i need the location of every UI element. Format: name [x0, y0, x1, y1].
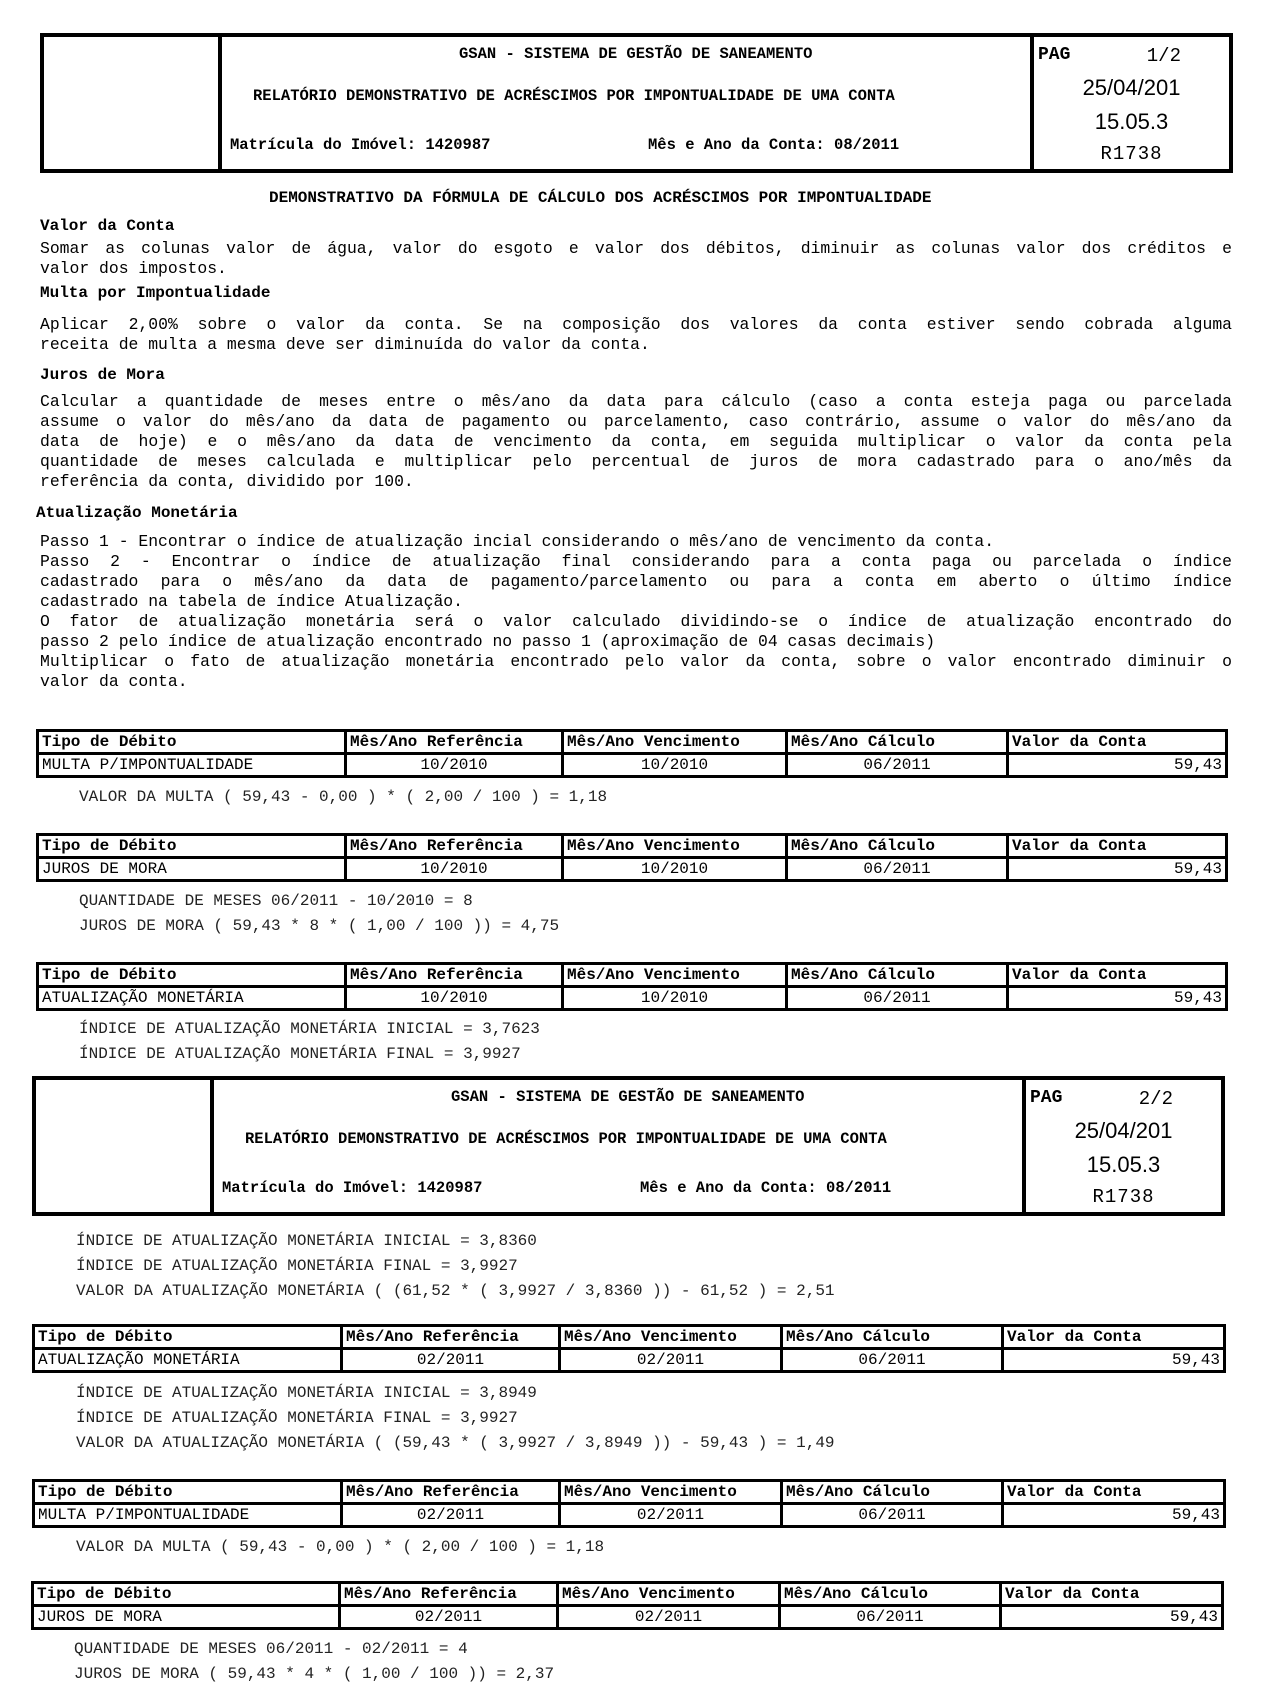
text-line: cadastrado para o mês/ano da data de pag… — [40, 572, 1232, 592]
table-cell: 02/2011 — [558, 1606, 780, 1629]
column-header: Mês/Ano Cálculo — [787, 964, 1008, 987]
text-line: referência da conta, dividido por 100. — [40, 472, 1232, 492]
table-cell: 10/2010 — [346, 754, 563, 777]
table-cell: 59,43 — [1008, 754, 1227, 777]
table-cell: ATUALIZAÇÃO MONETÁRIA — [38, 987, 346, 1010]
text-line: O fator de atualização monetária será o … — [40, 612, 1232, 632]
table-cell: 06/2011 — [782, 1349, 1003, 1372]
table-cell: JUROS DE MORA — [33, 1606, 340, 1629]
column-header: Mês/Ano Vencimento — [560, 1326, 782, 1349]
report-version: 15.05.3 — [1034, 109, 1229, 135]
table-row: MULTA P/IMPONTUALIDADE10/201010/201006/2… — [38, 754, 1227, 777]
section-text-multa: Aplicar 2,00% sobre o valor da conta. Se… — [40, 315, 1232, 355]
page-number: 2/2 — [1139, 1088, 1173, 1110]
calculation-line: ÍNDICE DE ATUALIZAÇÃO MONETÁRIA FINAL = … — [76, 1257, 518, 1275]
column-header: Mês/Ano Vencimento — [563, 964, 787, 987]
column-header: Mês/Ano Cálculo — [782, 1481, 1003, 1504]
table-cell: ATUALIZAÇÃO MONETÁRIA — [34, 1349, 342, 1372]
column-header: Valor da Conta — [1003, 1481, 1225, 1504]
system-name: GSAN - SISTEMA DE GESTÃO DE SANEAMENTO — [459, 45, 812, 63]
text-line: assume o valor do mês/ano da data de pag… — [40, 412, 1232, 432]
text-line: cadastrado na tabela de índice Atualizaç… — [40, 592, 1232, 612]
table-cell: 02/2011 — [560, 1349, 782, 1372]
section-title-juros: Juros de Mora — [40, 366, 165, 384]
table-header-row: Tipo de DébitoMês/Ano ReferênciaMês/Ano … — [34, 1481, 1225, 1504]
page-header-2: GSAN - SISTEMA DE GESTÃO DE SANEAMENTO R… — [32, 1076, 1225, 1216]
table-cell: 10/2010 — [346, 858, 563, 881]
text-line: Aplicar 2,00% sobre o valor da conta. Se… — [40, 315, 1232, 335]
column-header: Mês/Ano Cálculo — [780, 1583, 1001, 1606]
debit-table: Tipo de DébitoMês/Ano ReferênciaMês/Ano … — [36, 962, 1228, 1011]
column-header: Tipo de Débito — [33, 1583, 340, 1606]
column-header: Mês/Ano Referência — [340, 1583, 558, 1606]
table-cell: 10/2010 — [563, 754, 787, 777]
column-header: Mês/Ano Referência — [346, 964, 563, 987]
debit-table: Tipo de DébitoMês/Ano ReferênciaMês/Ano … — [31, 1581, 1224, 1630]
report-code: R1738 — [1026, 1186, 1221, 1208]
calculation-line: JUROS DE MORA ( 59,43 * 8 * ( 1,00 / 100… — [79, 917, 559, 935]
table-row: ATUALIZAÇÃO MONETÁRIA10/201010/201006/20… — [38, 987, 1227, 1010]
column-header: Mês/Ano Cálculo — [782, 1326, 1003, 1349]
column-header: Mês/Ano Cálculo — [787, 731, 1008, 754]
table-cell: 06/2011 — [787, 987, 1008, 1010]
text-line: valor da conta. — [40, 672, 1232, 692]
column-header: Tipo de Débito — [34, 1326, 342, 1349]
matricula-label: Matrícula do Imóvel: 1420987 — [222, 1179, 482, 1197]
column-header: Valor da Conta — [1008, 731, 1227, 754]
column-header: Mês/Ano Vencimento — [563, 835, 787, 858]
text-line: valor dos impostos. — [40, 259, 1232, 279]
column-header: Valor da Conta — [1008, 964, 1227, 987]
text-line: data de hoje) e o mês/ano da data de ven… — [40, 432, 1232, 452]
system-name: GSAN - SISTEMA DE GESTÃO DE SANEAMENTO — [451, 1088, 804, 1106]
table-cell: 02/2011 — [342, 1504, 560, 1527]
page-info-box: PAG 2/2 25/04/201 15.05.3 R1738 — [1022, 1080, 1221, 1212]
calculation-line: QUANTIDADE DE MESES 06/2011 - 02/2011 = … — [74, 1640, 468, 1658]
text-line: Passo 2 - Encontrar o índice de atualiza… — [40, 552, 1232, 572]
report-version: 15.05.3 — [1026, 1152, 1221, 1178]
section-text-valor-conta: Somar as colunas valor de água, valor do… — [40, 239, 1232, 279]
matricula-label: Matrícula do Imóvel: 1420987 — [230, 136, 490, 154]
report-title: RELATÓRIO DEMONSTRATIVO DE ACRÉSCIMOS PO… — [253, 87, 895, 105]
report-date: 25/04/201 — [1026, 1118, 1221, 1144]
column-header: Tipo de Débito — [34, 1481, 342, 1504]
table-cell: 06/2011 — [787, 754, 1008, 777]
column-header: Mês/Ano Vencimento — [558, 1583, 780, 1606]
table-header-row: Tipo de DébitoMês/Ano ReferênciaMês/Ano … — [38, 835, 1227, 858]
table-cell: 59,43 — [1003, 1349, 1225, 1372]
column-header: Mês/Ano Vencimento — [560, 1481, 782, 1504]
table-cell: 06/2011 — [787, 858, 1008, 881]
calculation-line: VALOR DA MULTA ( 59,43 - 0,00 ) * ( 2,00… — [76, 1538, 604, 1556]
column-header: Tipo de Débito — [38, 835, 346, 858]
table-cell: 10/2010 — [563, 858, 787, 881]
calculation-line: ÍNDICE DE ATUALIZAÇÃO MONETÁRIA FINAL = … — [79, 1045, 521, 1063]
logo-area — [44, 37, 222, 169]
column-header: Tipo de Débito — [38, 964, 346, 987]
report-code: R1738 — [1034, 143, 1229, 165]
calculation-line: JUROS DE MORA ( 59,43 * 4 * ( 1,00 / 100… — [74, 1665, 554, 1683]
table-header-row: Tipo de DébitoMês/Ano ReferênciaMês/Ano … — [38, 731, 1227, 754]
column-header: Mês/Ano Vencimento — [563, 731, 787, 754]
column-header: Valor da Conta — [1008, 835, 1227, 858]
calculation-line: VALOR DA MULTA ( 59,43 - 0,00 ) * ( 2,00… — [79, 788, 607, 806]
table-cell: 02/2011 — [560, 1504, 782, 1527]
debit-table: Tipo de DébitoMês/Ano ReferênciaMês/Ano … — [36, 729, 1228, 778]
report-title: RELATÓRIO DEMONSTRATIVO DE ACRÉSCIMOS PO… — [245, 1130, 887, 1148]
text-line: Somar as colunas valor de água, valor do… — [40, 239, 1232, 259]
section-text-juros: Calcular a quantidade de meses entre o m… — [40, 392, 1232, 492]
table-cell: MULTA P/IMPONTUALIDADE — [34, 1504, 342, 1527]
calculation-line: VALOR DA ATUALIZAÇÃO MONETÁRIA ( (59,43 … — [76, 1434, 835, 1452]
table-cell: JUROS DE MORA — [38, 858, 346, 881]
text-line: Multiplicar o fato de atualização monetá… — [40, 652, 1232, 672]
table-row: ATUALIZAÇÃO MONETÁRIA02/201102/201106/20… — [34, 1349, 1225, 1372]
table-header-row: Tipo de DébitoMês/Ano ReferênciaMês/Ano … — [38, 964, 1227, 987]
column-header: Mês/Ano Referência — [346, 731, 563, 754]
text-line: receita de multa a mesma deve ser diminu… — [40, 335, 1232, 355]
column-header: Mês/Ano Referência — [346, 835, 563, 858]
calculation-line: ÍNDICE DE ATUALIZAÇÃO MONETÁRIA INICIAL … — [76, 1232, 537, 1250]
debit-table: Tipo de DébitoMês/Ano ReferênciaMês/Ano … — [36, 833, 1228, 882]
text-line: Calcular a quantidade de meses entre o m… — [40, 392, 1232, 412]
table-cell: 59,43 — [1008, 858, 1227, 881]
table-cell: MULTA P/IMPONTUALIDADE — [38, 754, 346, 777]
column-header: Mês/Ano Referência — [342, 1481, 560, 1504]
table-row: MULTA P/IMPONTUALIDADE02/201102/201106/2… — [34, 1504, 1225, 1527]
table-row: JUROS DE MORA02/201102/201106/201159,43 — [33, 1606, 1223, 1629]
mes-ano-conta-label: Mês e Ano da Conta: 08/2011 — [648, 136, 899, 154]
table-cell: 10/2010 — [563, 987, 787, 1010]
page-number: 1/2 — [1147, 45, 1181, 67]
text-line: passo 2 pelo índice de atualização encon… — [40, 632, 1232, 652]
column-header: Valor da Conta — [1001, 1583, 1223, 1606]
report-date: 25/04/201 — [1034, 75, 1229, 101]
section-title-valor-conta: Valor da Conta — [40, 217, 174, 235]
table-row: JUROS DE MORA10/201010/201006/201159,43 — [38, 858, 1227, 881]
calculation-line: ÍNDICE DE ATUALIZAÇÃO MONETÁRIA INICIAL … — [76, 1384, 537, 1402]
section-title-atualizacao: Atualização Monetária — [36, 504, 238, 522]
text-line: Passo 1 - Encontrar o índice de atualiza… — [40, 532, 1232, 552]
column-header: Mês/Ano Referência — [342, 1326, 560, 1349]
table-cell: 10/2010 — [346, 987, 563, 1010]
calculation-line: QUANTIDADE DE MESES 06/2011 - 10/2010 = … — [79, 892, 473, 910]
column-header: Tipo de Débito — [38, 731, 346, 754]
section-text-atualizacao: Passo 1 - Encontrar o índice de atualiza… — [40, 532, 1232, 692]
calculation-line: ÍNDICE DE ATUALIZAÇÃO MONETÁRIA INICIAL … — [79, 1020, 540, 1038]
debit-table: Tipo de DébitoMês/Ano ReferênciaMês/Ano … — [32, 1479, 1226, 1528]
table-cell: 06/2011 — [782, 1504, 1003, 1527]
column-header: Mês/Ano Cálculo — [787, 835, 1008, 858]
table-cell: 02/2011 — [340, 1606, 558, 1629]
table-cell: 59,43 — [1008, 987, 1227, 1010]
column-header: Valor da Conta — [1003, 1326, 1225, 1349]
page-header-1: GSAN - SISTEMA DE GESTÃO DE SANEAMENTO R… — [40, 33, 1233, 173]
mes-ano-conta-label: Mês e Ano da Conta: 08/2011 — [640, 1179, 891, 1197]
debit-table: Tipo de DébitoMês/Ano ReferênciaMês/Ano … — [32, 1324, 1226, 1373]
logo-area — [36, 1080, 214, 1212]
pag-label: PAG — [1038, 45, 1070, 65]
calculation-line: VALOR DA ATUALIZAÇÃO MONETÁRIA ( (61,52 … — [76, 1282, 835, 1300]
page-info-box: PAG 1/2 25/04/201 15.05.3 R1738 — [1030, 37, 1229, 169]
table-cell: 02/2011 — [342, 1349, 560, 1372]
formula-title: DEMONSTRATIVO DA FÓRMULA DE CÁLCULO DOS … — [269, 189, 932, 207]
calculation-line: ÍNDICE DE ATUALIZAÇÃO MONETÁRIA FINAL = … — [76, 1409, 518, 1427]
table-cell: 59,43 — [1003, 1504, 1225, 1527]
table-cell: 59,43 — [1001, 1606, 1223, 1629]
pag-label: PAG — [1030, 1088, 1062, 1108]
table-header-row: Tipo de DébitoMês/Ano ReferênciaMês/Ano … — [34, 1326, 1225, 1349]
table-cell: 06/2011 — [780, 1606, 1001, 1629]
table-header-row: Tipo de DébitoMês/Ano ReferênciaMês/Ano … — [33, 1583, 1223, 1606]
text-line: quantidade de meses calculada e multipli… — [40, 452, 1232, 472]
section-title-multa: Multa por Impontualidade — [40, 284, 270, 302]
